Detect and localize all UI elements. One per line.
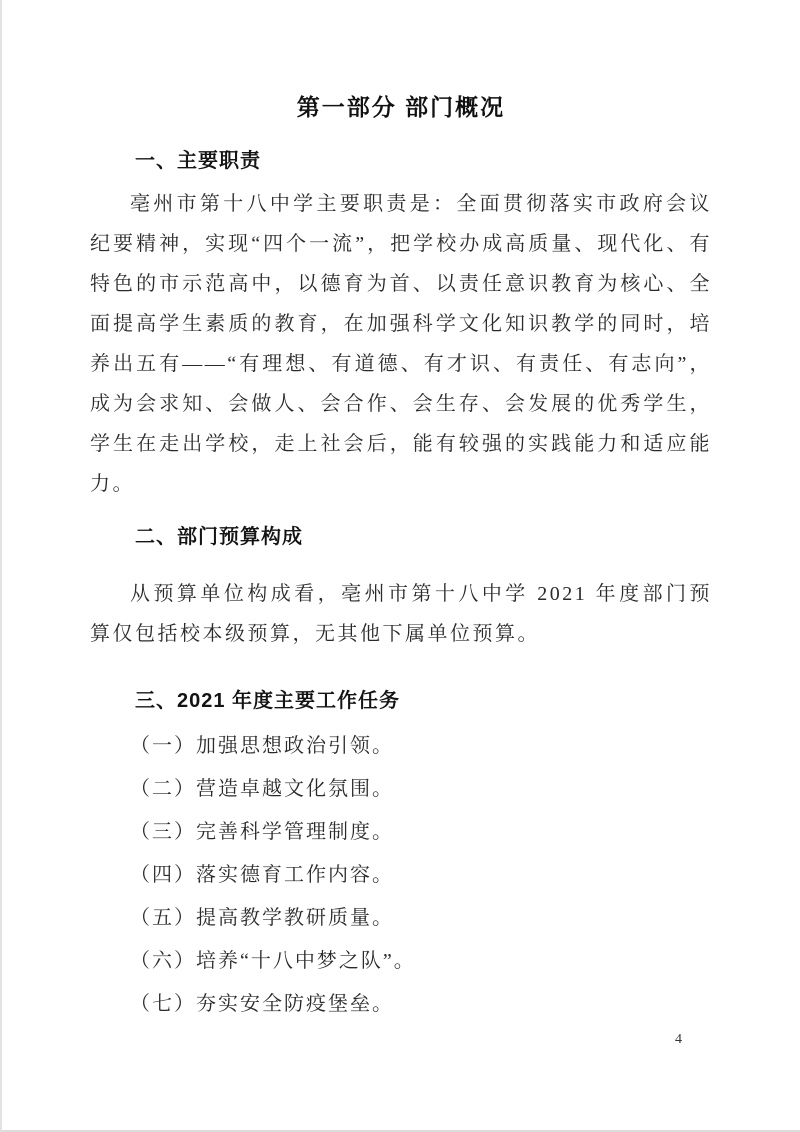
paragraph-main-duties: 亳州市第十八中学主要职责是：全面贯彻落实市政府会议纪要精神，实现“四个一流”，把… bbox=[90, 184, 712, 504]
task-list-item-7: （七）夯实安全防疫堡垒。 bbox=[130, 992, 712, 1016]
task-list-item-2: （二）营造卓越文化氛围。 bbox=[130, 777, 712, 801]
document-page: 第一部分 部门概况 一、主要职责 亳州市第十八中学主要职责是：全面贯彻落实市政府… bbox=[0, 0, 800, 1132]
page-number: 4 bbox=[675, 1032, 682, 1048]
task-list-item-6: （六）培养“十八中梦之队”。 bbox=[130, 949, 712, 973]
task-list-item-4: （四）落实德育工作内容。 bbox=[130, 863, 712, 887]
document-title: 第一部分 部门概况 bbox=[2, 0, 800, 122]
work-task-list: （一）加强思想政治引领。 （二）营造卓越文化氛围。 （三）完善科学管理制度。 （… bbox=[90, 734, 712, 1016]
document-content: 一、主要职责 亳州市第十八中学主要职责是：全面贯彻落实市政府会议纪要精神，实现“… bbox=[2, 148, 800, 1016]
task-list-item-3: （三）完善科学管理制度。 bbox=[130, 820, 712, 844]
paragraph-budget-composition: 从预算单位构成看，亳州市第十八中学 2021 年度部门预算仅包括校本级预算，无其… bbox=[90, 574, 712, 654]
task-list-item-5: （五）提高教学教研质量。 bbox=[130, 906, 712, 930]
task-list-item-1: （一）加强思想政治引领。 bbox=[130, 734, 712, 758]
section-main-duties: 一、主要职责 亳州市第十八中学主要职责是：全面贯彻落实市政府会议纪要精神，实现“… bbox=[90, 148, 712, 504]
section-budget-composition: 二、部门预算构成 从预算单位构成看，亳州市第十八中学 2021 年度部门预算仅包… bbox=[90, 524, 712, 654]
section-heading-work-tasks: 三、2021 年度主要工作任务 bbox=[90, 688, 712, 714]
section-work-tasks: 三、2021 年度主要工作任务 （一）加强思想政治引领。 （二）营造卓越文化氛围… bbox=[90, 688, 712, 1016]
section-heading-main-duties: 一、主要职责 bbox=[90, 148, 712, 174]
section-heading-budget-composition: 二、部门预算构成 bbox=[90, 524, 712, 550]
